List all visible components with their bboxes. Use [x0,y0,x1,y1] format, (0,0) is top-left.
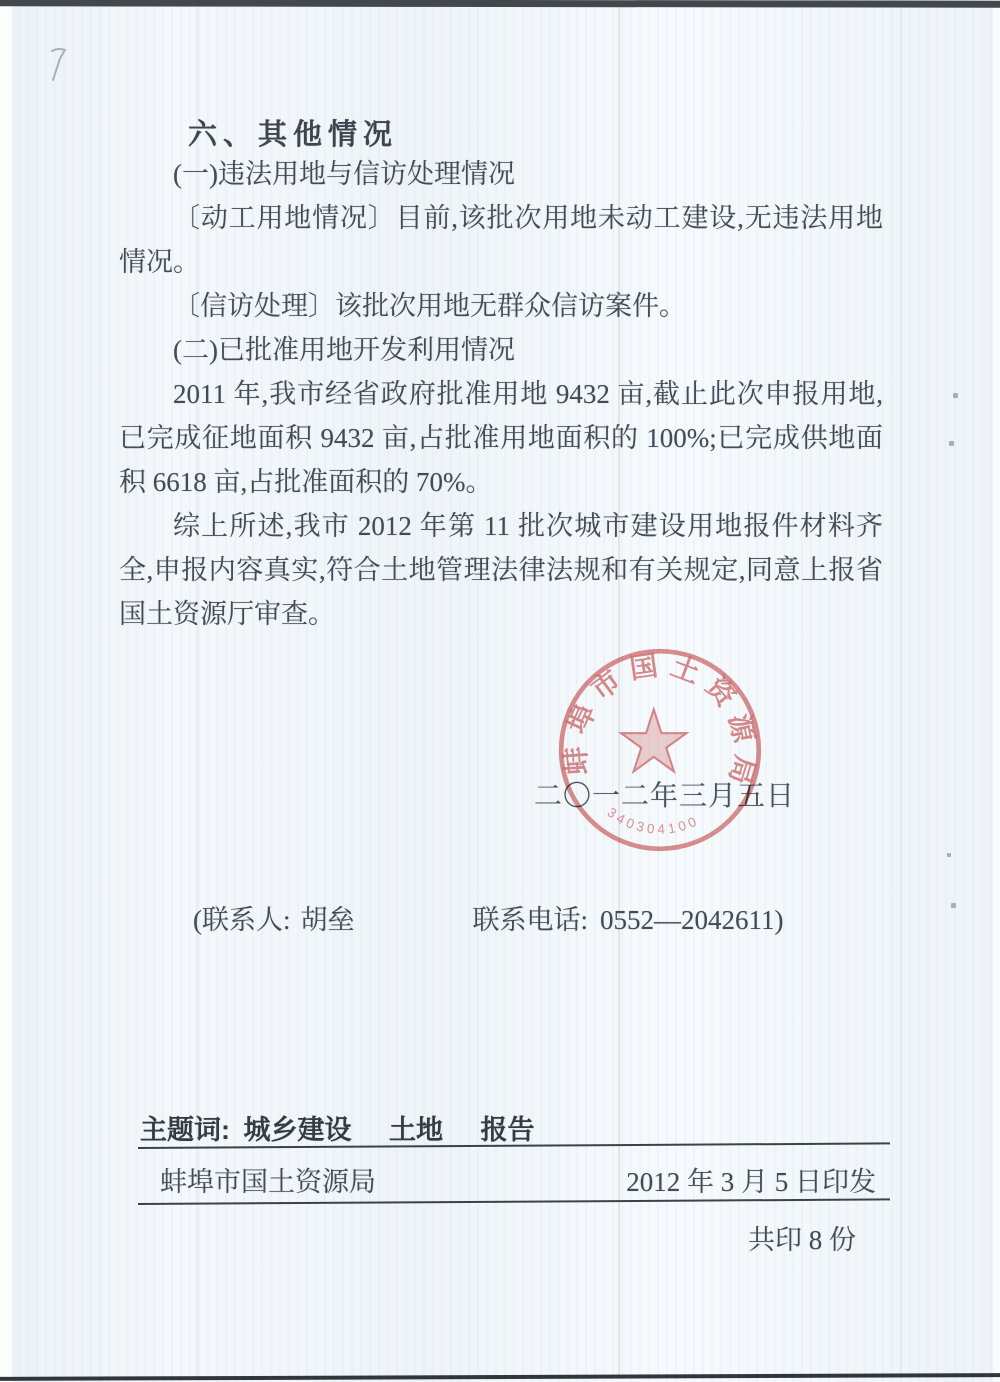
svg-text:蚌埠市国土资源局: 蚌埠市国土资源局 [556,646,764,797]
scan-edge-right [993,0,1000,1382]
keywords-row: 主题词: 城乡建设 土地 报告 [140,1108,535,1147]
paragraph-conclusion: 综上所述,我市 2012 年第 11 批次城市建设用地报件材料齐全,申报内容真实… [119,504,883,636]
dust-speck [951,903,956,908]
issuer-row: 蚌埠市国土资源局 2012 年 3 月 5 日印发 [140,1160,890,1199]
official-seal: 蚌埠市国土资源局 3403041001707 [556,646,764,854]
keyword-item: 土地 [389,1115,443,1145]
contact-phone-label: 联系电话: [473,898,589,937]
paragraph-subhead-1: (一)违法用地与信访处理情况 [119,152,883,196]
keywords-label: 主题词: [140,1115,230,1145]
keyword-item: 城乡建设 [244,1115,352,1145]
copies-printed: 共印 8 份 [140,1218,856,1257]
contact-phone-number: 0552—2042611) [600,905,784,936]
print-date: 2012 年 3 月 5 日印发 [626,1160,876,1199]
paragraph-land-statistics: 2011 年,我市经省政府批准用地 9432 亩,截止此次申报用地,已完成征地面… [119,372,883,504]
paragraph-petition-status: 〔信访处理〕该批次用地无群众信访案件。 [119,284,883,328]
document-body: (一)违法用地与信访处理情况 〔动工用地情况〕目前,该批次用地未动工建设,无违法… [119,152,883,636]
section-heading: 六、其他情况 [188,112,398,153]
dust-speck [947,853,951,857]
scanned-document-page: 六、其他情况 (一)违法用地与信访处理情况 〔动工用地情况〕目前,该批次用地未动… [0,0,1000,1382]
scan-edge-left [0,0,12,1382]
contact-line: (联系人: 胡垒 联系电话: 0552—2042611) [193,898,784,937]
scan-edge-top [0,0,1000,8]
seal-organization-text: 蚌埠市国土资源局 [556,646,764,797]
contact-person-name: 胡垒 [301,898,355,937]
scan-edge-bottom [0,1373,1000,1381]
paragraph-subhead-2: (二)已批准用地开发利用情况 [119,328,883,372]
issuing-agency: 蚌埠市国土资源局 [160,1160,376,1199]
keyword-item: 报告 [481,1115,535,1145]
handwritten-page-number [45,42,79,90]
footer-divider-bottom [138,1198,890,1205]
seal-star-icon [621,709,686,771]
paragraph-construction-status: 〔动工用地情况〕目前,该批次用地未动工建设,无违法用地情况。 [119,196,883,284]
paper-crease [900,7,902,1379]
dust-speck [953,393,958,398]
dust-speck [949,441,954,446]
contact-person-label: (联系人: [193,898,291,937]
